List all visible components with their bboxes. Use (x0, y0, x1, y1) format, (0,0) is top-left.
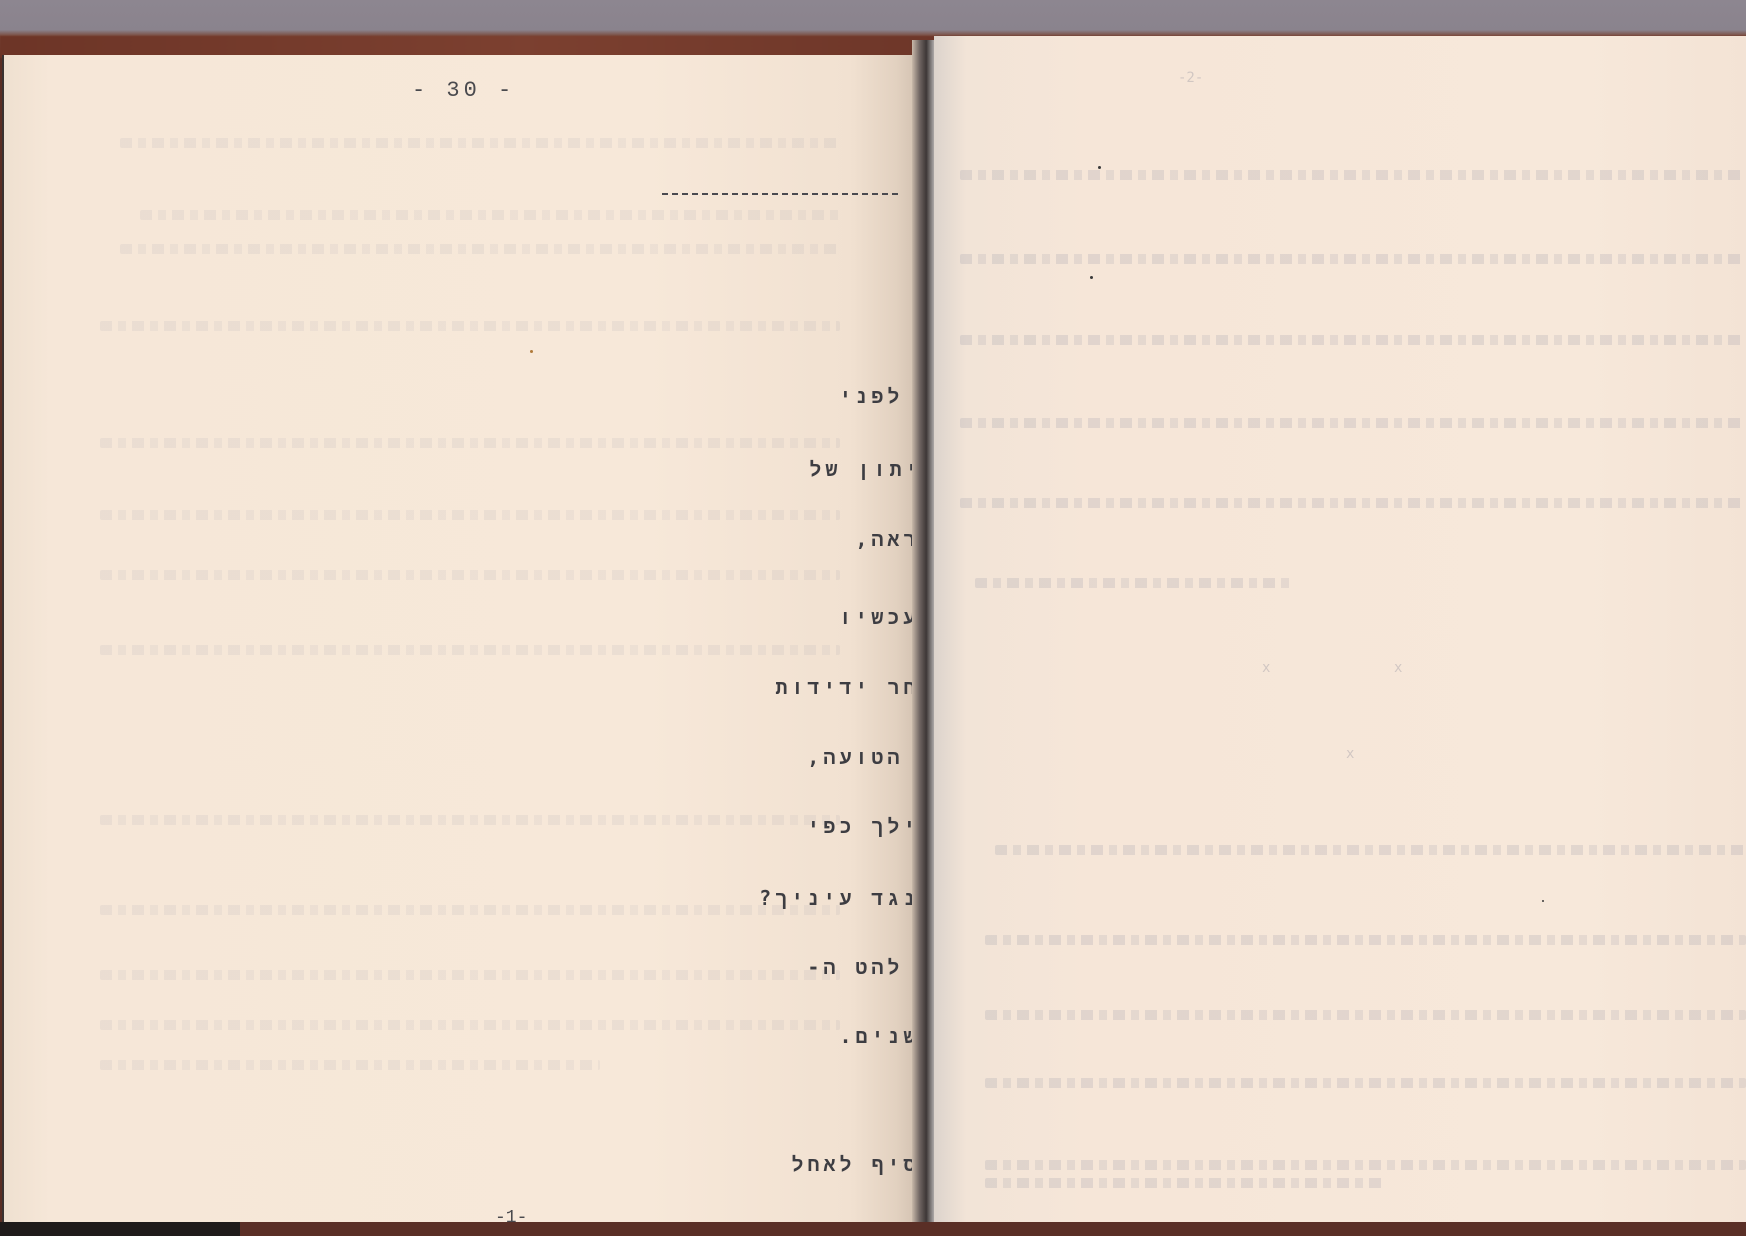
mark-x: x (1262, 660, 1270, 676)
show-through-line (960, 418, 1746, 428)
right-page-number: -2- (1178, 70, 1203, 86)
show-through-line (100, 905, 840, 915)
right-page (934, 36, 1746, 1222)
show-through-line (960, 498, 1746, 508)
paper-speck (1542, 900, 1544, 902)
page-number-top: - 30 - (412, 78, 515, 103)
show-through-line (100, 815, 840, 825)
left-page (2, 55, 924, 1223)
show-through-line (985, 1010, 1746, 1020)
show-through-line (100, 321, 840, 331)
paper-speck (1098, 166, 1101, 169)
show-through-line (100, 438, 840, 448)
show-through-line (985, 1160, 1746, 1170)
show-through-line (985, 1178, 1385, 1188)
show-through-line (100, 1060, 600, 1070)
show-through-line (100, 970, 840, 980)
show-through-line (985, 935, 1746, 945)
show-through-line (995, 845, 1746, 855)
scan-bed-edge (0, 1222, 240, 1236)
show-through-line (120, 138, 840, 148)
show-through-line (960, 170, 1746, 180)
show-through-line (960, 335, 1746, 345)
show-through-line (120, 244, 840, 254)
mark-x: x (1346, 746, 1354, 762)
show-through-line (985, 1078, 1746, 1088)
show-through-line (140, 210, 840, 220)
paper-speck (1090, 276, 1093, 279)
show-through-line (100, 570, 840, 580)
show-through-line (960, 254, 1746, 264)
date-underline (662, 193, 898, 195)
show-through-line (100, 1020, 840, 1030)
book-scan: - 30 - 12 בנובמבר 1913 מכתב אל וולודיה ב… (0, 0, 1746, 1236)
show-through-line (975, 578, 1295, 588)
show-through-line (100, 510, 840, 520)
paper-speck (530, 350, 533, 353)
show-through-line (100, 645, 840, 655)
book-cover-bottom-edge (0, 1222, 1746, 1236)
mark-x: x (1394, 660, 1402, 676)
